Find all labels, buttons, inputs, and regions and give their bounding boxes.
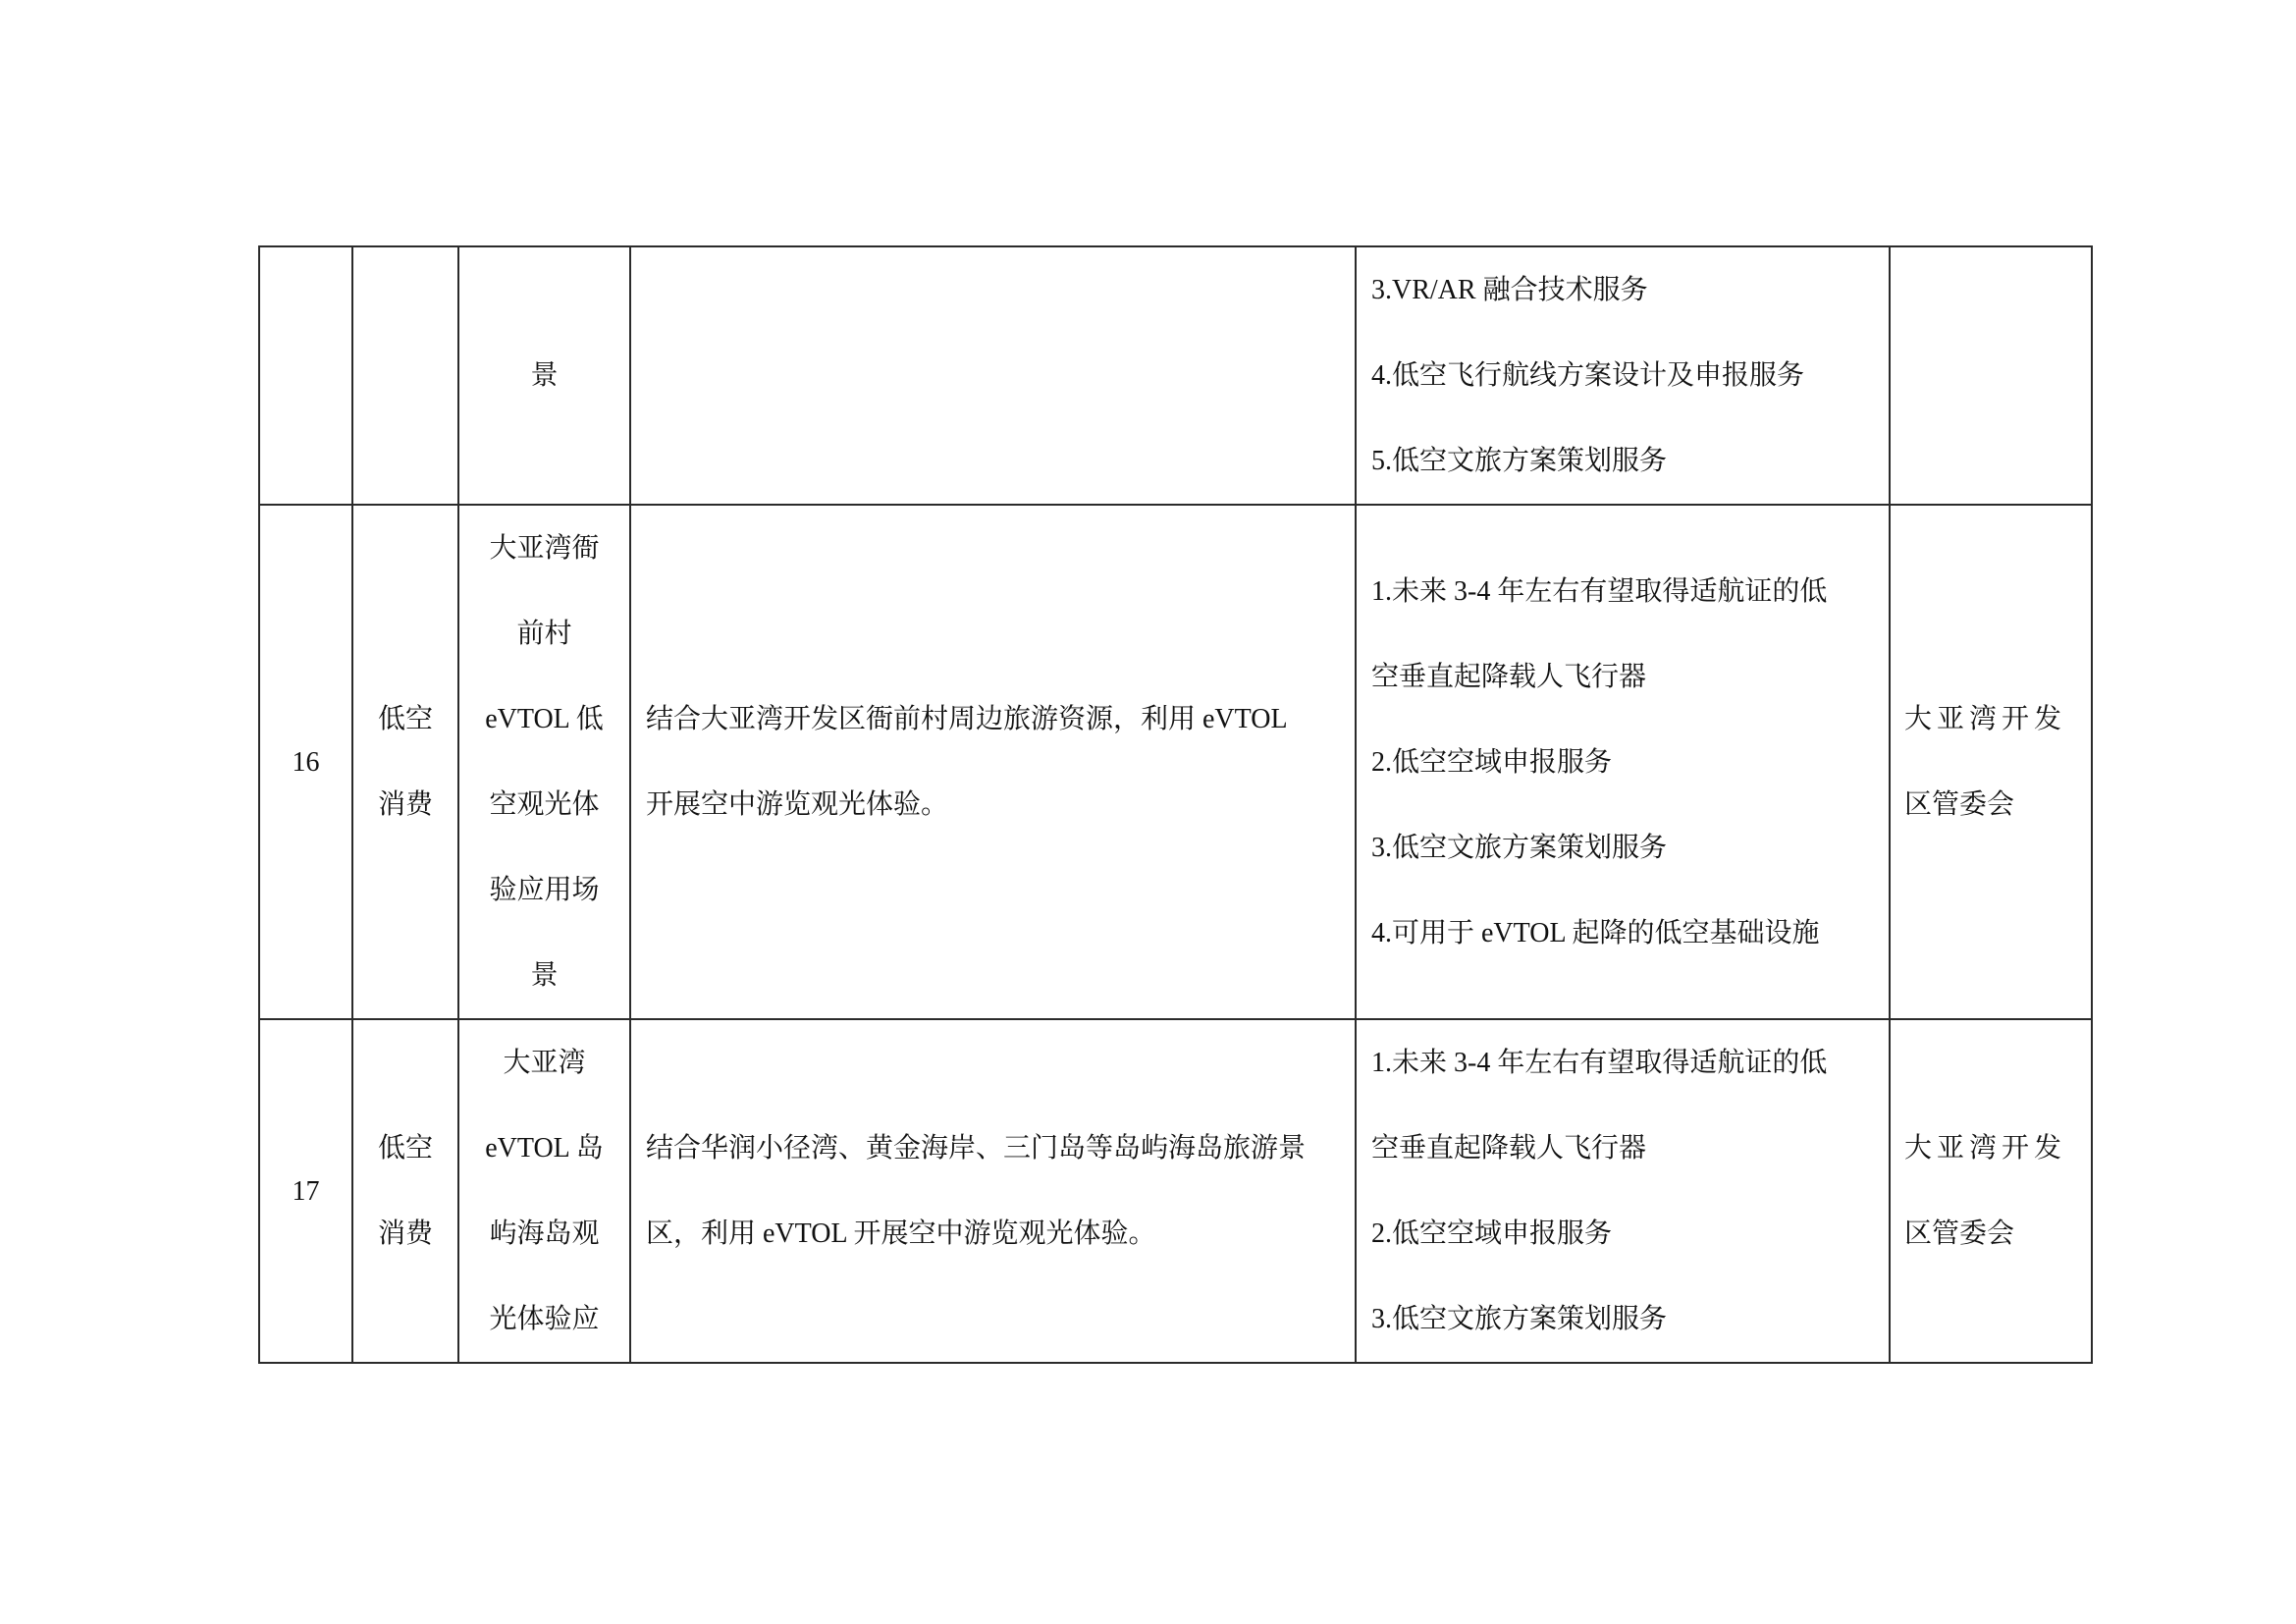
needs-line: 4.低空飞行航线方案设计及申报服务 [1371,333,1889,418]
cell-category: 低空 消费 [352,1019,458,1363]
description-line: 结合华润小径湾、黄金海岸、三门岛等岛屿海岛旅游景 [646,1106,1355,1191]
needs-line: 空垂直起降载人飞行器 [1371,1106,1889,1191]
needs-line: 3.VR/AR 融合技术服务 [1371,247,1889,333]
cell-category [352,246,458,505]
cell-description: 结合华润小径湾、黄金海岸、三门岛等岛屿海岛旅游景 区，利用 eVTOL 开展空中… [630,1019,1356,1363]
table-row-16: 16 低空 消费 大亚湾衙 前村 eVTOL 低 空观光体 验应用场 景 结合大… [259,505,2092,1019]
description-line: 区，利用 eVTOL 开展空中游览观光体验。 [646,1191,1355,1276]
document-page: 景 3.VR/AR 融合技术服务 4.低空飞行航线方案设计及申报服务 5.低空文… [0,0,2296,1624]
table-row-continued: 景 3.VR/AR 融合技术服务 4.低空飞行航线方案设计及申报服务 5.低空文… [259,246,2092,505]
needs-line: 5.低空文旅方案策划服务 [1371,418,1889,504]
cell-needs: 3.VR/AR 融合技术服务 4.低空飞行航线方案设计及申报服务 5.低空文旅方… [1356,246,1890,505]
scenario-name-line: 大亚湾衙 [459,506,629,591]
needs-line: 空垂直起降载人飞行器 [1371,634,1889,720]
scenario-name-line: 光体验应 [459,1276,629,1362]
needs-line: 4.可用于 eVTOL 起降的低空基础设施 [1371,891,1889,976]
category-line: 低空 [353,1106,457,1191]
needs-line: 2.低空空域申报服务 [1371,720,1889,805]
cell-needs: 1.未来 3-4 年左右有望取得适航证的低 空垂直起降载人飞行器 2.低空空域申… [1356,505,1890,1019]
scenario-name-line: 屿海岛观 [459,1191,629,1276]
cell-description [630,246,1356,505]
organization-line: 大亚湾开发 [1904,677,2091,762]
scenario-name-line: 大亚湾 [459,1020,629,1106]
cell-number [259,246,352,505]
cell-scenario-name: 景 [458,246,630,505]
cell-needs: 1.未来 3-4 年左右有望取得适航证的低 空垂直起降载人飞行器 2.低空空域申… [1356,1019,1890,1363]
cell-number: 16 [259,505,352,1019]
scenario-name-line: eVTOL 低 [459,677,629,762]
description-line: 开展空中游览观光体验。 [646,762,1355,847]
scenario-name-line: 验应用场 [459,847,629,933]
cell-category: 低空 消费 [352,505,458,1019]
scenario-name-line: 景 [459,333,629,418]
description-line: 结合大亚湾开发区衙前村周边旅游资源，利用 eVTOL [646,677,1355,762]
cell-description: 结合大亚湾开发区衙前村周边旅游资源，利用 eVTOL 开展空中游览观光体验。 [630,505,1356,1019]
category-line: 低空 [353,677,457,762]
cell-scenario-name: 大亚湾衙 前村 eVTOL 低 空观光体 验应用场 景 [458,505,630,1019]
cell-number: 17 [259,1019,352,1363]
needs-line: 1.未来 3-4 年左右有望取得适航证的低 [1371,549,1889,634]
needs-line: 2.低空空域申报服务 [1371,1191,1889,1276]
cell-organization: 大亚湾开发 区管委会 [1890,505,2092,1019]
scenario-table: 景 3.VR/AR 融合技术服务 4.低空飞行航线方案设计及申报服务 5.低空文… [258,245,2093,1364]
needs-line: 3.低空文旅方案策划服务 [1371,1276,1889,1362]
needs-line: 3.低空文旅方案策划服务 [1371,805,1889,891]
category-line: 消费 [353,1191,457,1276]
cell-organization [1890,246,2092,505]
organization-line: 区管委会 [1904,762,2091,847]
scenario-name-line: 前村 [459,591,629,677]
needs-line: 1.未来 3-4 年左右有望取得适航证的低 [1371,1020,1889,1106]
category-line: 消费 [353,762,457,847]
scenario-name-line: 景 [459,933,629,1018]
cell-scenario-name: 大亚湾 eVTOL 岛 屿海岛观 光体验应 [458,1019,630,1363]
organization-line: 大亚湾开发 [1904,1106,2091,1191]
scenario-name-line: eVTOL 岛 [459,1106,629,1191]
organization-line: 区管委会 [1904,1191,2091,1276]
cell-organization: 大亚湾开发 区管委会 [1890,1019,2092,1363]
table-row-17: 17 低空 消费 大亚湾 eVTOL 岛 屿海岛观 光体验应 结合华润小径湾、黄… [259,1019,2092,1363]
scenario-name-line: 空观光体 [459,762,629,847]
